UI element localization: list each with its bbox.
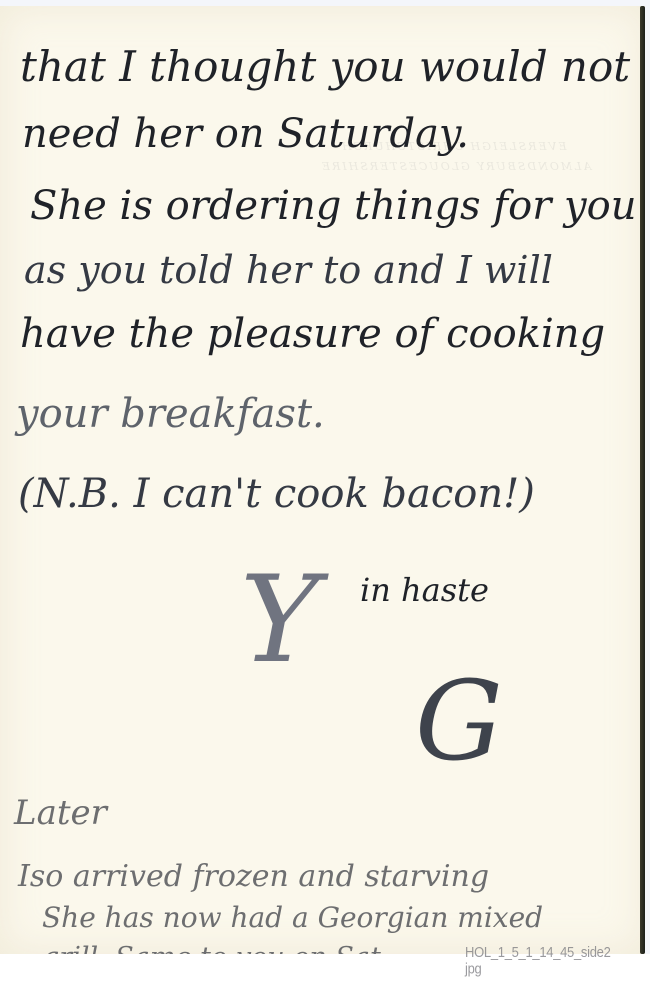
file-caption: HOL_1_5_1_14_45_side2 jpg xyxy=(465,944,611,977)
postscript-line-1: Iso arrived frozen and starving xyxy=(18,862,489,892)
bleed-through-letterhead-2: ALMONDSBURY GLOUCESTERSHIRE xyxy=(320,161,591,172)
letter-line-5: have the pleasure of cooking xyxy=(20,314,605,354)
caption-filename: HOL_1_5_1_14_45_side2 xyxy=(465,944,611,961)
letter-line-2: need her on Saturday. xyxy=(22,114,469,154)
torn-paper-edge xyxy=(640,6,645,954)
postscript-line-2: She has now had a Georgian mixed xyxy=(42,904,543,932)
postscript-heading: Later xyxy=(14,796,107,830)
caption-extension: jpg xyxy=(465,961,611,978)
letter-line-4: as you told her to and I will xyxy=(24,251,553,289)
letter-line-1: that I thought you would not xyxy=(20,46,630,88)
letter-paper: EVERSLEIGH CHRISTCHURCH ALMONDSBURY GLOU… xyxy=(0,6,645,954)
signature-initial: G xyxy=(415,666,503,776)
closing-in-haste: in haste xyxy=(360,574,489,606)
letter-line-7: (N.B. I can't cook bacon!) xyxy=(18,474,535,514)
signature-flourish: Y xyxy=(240,561,319,681)
scanned-page: EVERSLEIGH CHRISTCHURCH ALMONDSBURY GLOU… xyxy=(0,0,650,985)
letter-line-3: She is ordering things for you xyxy=(30,186,636,226)
letter-line-6: your breakfast. xyxy=(16,394,325,434)
